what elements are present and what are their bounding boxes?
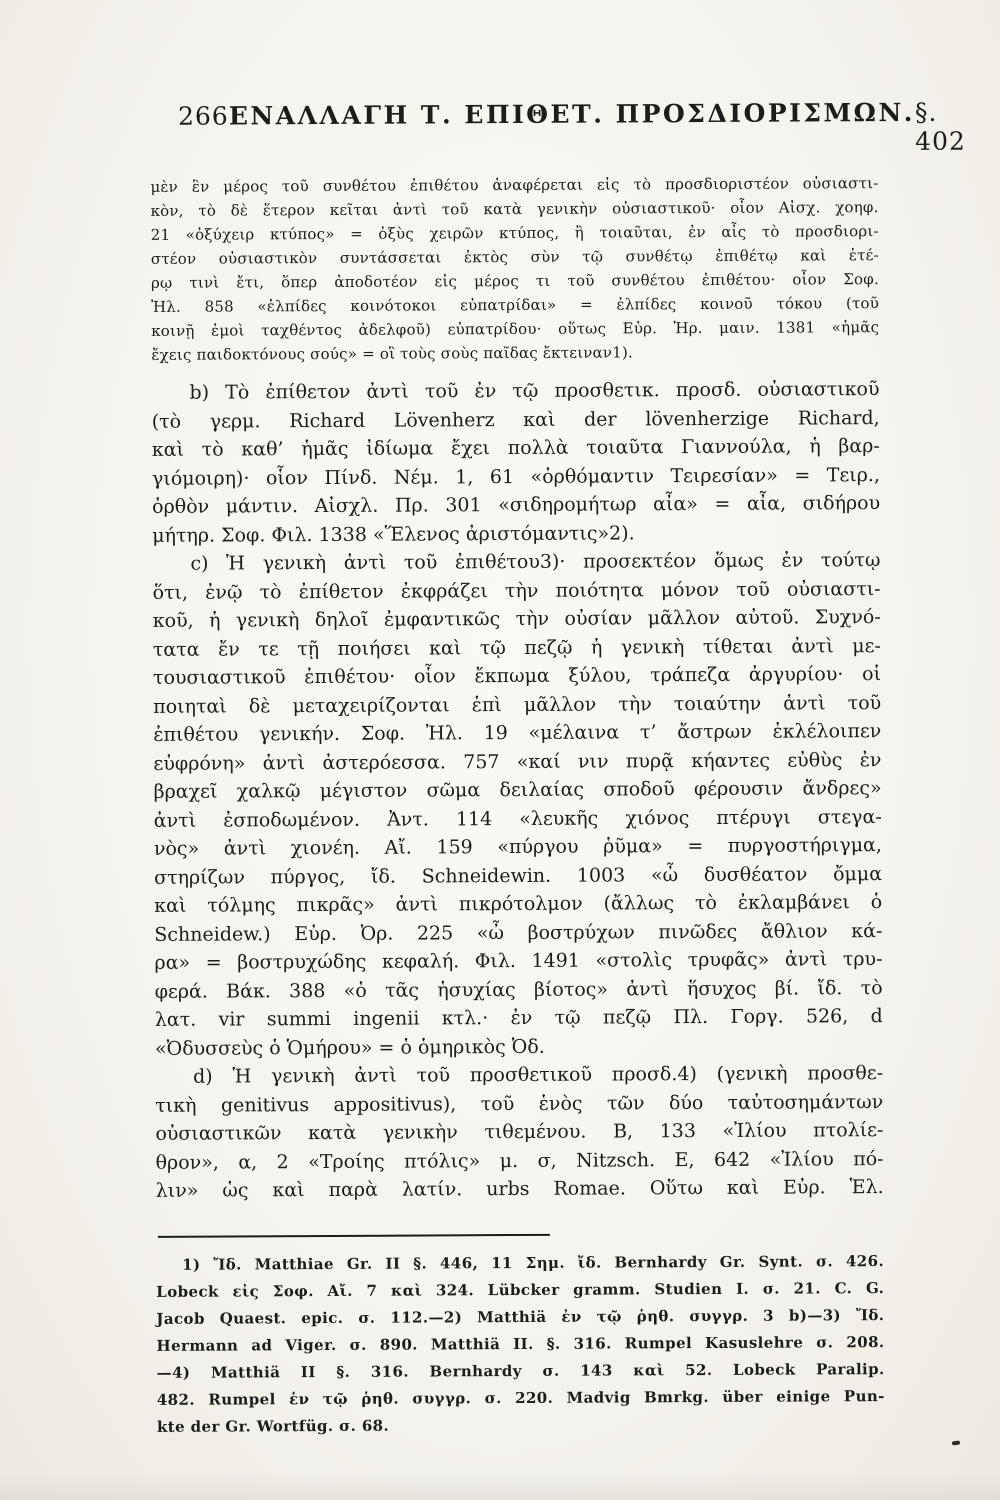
section-c-text-line: εὐφρόνη» ἀντὶ ἀστερόεσσα. 757 «καί νιν π… bbox=[153, 746, 881, 778]
running-title: ΕΝΑΛΛΑΓΗ Τ. ΕΠΙΘΕΤ. ΠΡΟΣΔΙΟΡΙΣΜΩΝ. bbox=[229, 98, 915, 131]
section-d-text-line: d) Ἡ γενικὴ ἀντὶ τοῦ προσθετικοῦ προσδ.4… bbox=[155, 1059, 883, 1091]
footnote-text-line: 482. Rumpel ἐν τῷ ῥηθ. συγγρ. σ. 220. Ma… bbox=[157, 1383, 885, 1414]
scan-bottom-shading bbox=[0, 1472, 1000, 1500]
section-c-text-line: βραχεῖ χαλκῷ μέγιστον σῶμα δειλαίας σποδ… bbox=[154, 774, 882, 806]
intro-text-line: ἔχεις παιδοκτόνους σούς» = οἳ τοὺς σοὺς … bbox=[151, 339, 879, 367]
intro-continuation-paragraph: μὲν ἓν μέρος τοῦ συνθέτου ἐπιθέτου ἀναφέ… bbox=[150, 171, 879, 367]
section-c-text-line: στηρίζων πύργος, ἴδ. Schneidewin. 1003 «… bbox=[154, 860, 882, 892]
page-header: 266 ΕΝΑΛΛΑΓΗ Τ. ΕΠΙΘΕΤ. ΠΡΟΣΔΙΟΡΙΣΜΩΝ. §… bbox=[150, 98, 878, 160]
book-page: 266 ΕΝΑΛΛΑΓΗ Τ. ΕΠΙΘΕΤ. ΠΡΟΣΔΙΟΡΙΣΜΩΝ. §… bbox=[150, 98, 885, 1440]
section-b-text-line: ὀρθὸν μάντιν. Αἰσχλ. Πρ. 301 «σιδηρομήτω… bbox=[152, 489, 880, 521]
footnote-text-line: Jacob Quaest. epic. σ. 112.—2) Matthiä ἐ… bbox=[156, 1302, 884, 1333]
section-b-text-line: (τὸ γερμ. Richard Lövenherz καὶ der löve… bbox=[152, 404, 880, 436]
section-b-text-line: γιόμοιρη)· οἷον Πίνδ. Νέμ. 1, 61 «ὀρθόμα… bbox=[152, 461, 880, 493]
section-d-text-line: λιν» ὡς καὶ παρὰ λατίν. urbs Romae. Οὕτω… bbox=[156, 1173, 884, 1205]
section-b-paragraph: b) Τὸ ἐπίθετον ἀντὶ τοῦ ἐν τῷ προσθετικ.… bbox=[151, 375, 880, 550]
section-c-text-line: ὅτι, ἐνῷ τὸ ἐπίθετον ἐκφράζει τὴν ποιότη… bbox=[152, 575, 880, 607]
footnotes-block: 1) Ἴδ. Matthiae Gr. II §. 446, 11 Σημ. ἴ… bbox=[156, 1248, 885, 1441]
section-b-text-line: καὶ τὸ καθ’ ἡμᾶς ἰδίωμα ἔχει πολλὰ τοιαῦ… bbox=[152, 432, 880, 464]
main-text: b) Τὸ ἐπίθετον ἀντὶ τοῦ ἐν τῷ προσθετικ.… bbox=[151, 375, 883, 1205]
section-c-text-line: νὸς» ἀντὶ χιονέη. Αἴ. 159 «πύργου ῥῦμα» … bbox=[154, 831, 882, 863]
footnote-text-line: 1) Ἴδ. Matthiae Gr. II §. 446, 11 Σημ. ἴ… bbox=[156, 1248, 884, 1279]
footnote-text-line: —4) Matthiä II §. 316. Bernhardy σ. 143 … bbox=[157, 1356, 885, 1387]
footnote-separator-rule bbox=[158, 1233, 550, 1237]
section-c-text-line: ἀντὶ ἐσποδωμένον. Ἀντ. 114 «λευκῆς χιόνο… bbox=[154, 803, 882, 835]
section-c-text-line: ρα» = βοστρυχώδης κεφαλή. Φιλ. 1491 «στο… bbox=[154, 945, 882, 977]
section-c-text-line: Schneidew.) Εὐρ. Ὀρ. 225 «ὦ βοστρύχων πι… bbox=[154, 917, 882, 949]
section-c-text-line: καὶ τόλμης πικρᾶς» ἀντὶ πικρότολμον (ἄλλ… bbox=[154, 888, 882, 920]
scan-artifact-dot bbox=[952, 1440, 960, 1445]
intro-text-line: κοινῇ ἐμοὶ ταχθέντος ἀδελφοῦ) εὐπατρίδου… bbox=[151, 315, 879, 343]
section-c-text-line: «Ὀδυσσεὺς ὁ Ὁμήρου» = ὁ ὁμηρικὸς Ὀδ. bbox=[155, 1031, 883, 1063]
section-d-paragraph: d) Ἡ γενικὴ ἀντὶ τοῦ προσθετικοῦ προσδ.4… bbox=[155, 1059, 884, 1205]
page-number: 266 bbox=[150, 101, 229, 130]
section-c-text-line: ποιηταὶ δὲ μεταχειρίζονται ἐπὶ μᾶλλον τὴ… bbox=[153, 689, 881, 721]
section-c-paragraph: c) Ἡ γενικὴ ἀντὶ τοῦ ἐπιθέτου3)· προσεκτ… bbox=[152, 546, 883, 1063]
footnote-text-line: kte der Gr. Wortfüg. σ. 68. bbox=[157, 1410, 885, 1441]
section-c-text-line: λατ. vir summi ingenii κτλ.· ἐν τῷ πεζῷ … bbox=[155, 1002, 883, 1034]
section-c-text-line: c) Ἡ γενικὴ ἀντὶ τοῦ ἐπιθέτου3)· προσεκτ… bbox=[152, 546, 880, 578]
section-reference: §. 402 bbox=[915, 98, 966, 156]
footnote-text-line: Hermann ad Viger. σ. 890. Matthiä II. §.… bbox=[156, 1329, 884, 1360]
section-b-text-line: μήτηρ. Σοφ. Φιλ. 1338 «Ἕλενος ἀριστόμαντ… bbox=[152, 518, 880, 550]
section-b-text-line: b) Τὸ ἐπίθετον ἀντὶ τοῦ ἐν τῷ προσθετικ.… bbox=[151, 375, 879, 407]
section-c-text-line: κοῦ, ἡ γενικὴ δηλοῖ ἐμφαντικῶς τὴν οὐσία… bbox=[153, 603, 881, 635]
footnote-text-line: Lobeck εἰς Σοφ. Αἴ. 7 καὶ 324. Lübcker g… bbox=[156, 1275, 884, 1306]
section-c-text-line: τουσιαστικοῦ ἐπιθέτου· οἷον ἔκπωμα ξύλου… bbox=[153, 660, 881, 692]
section-d-text-line: θρον», α, 2 «Τροίης πτόλις» μ. σ, Nitzsc… bbox=[155, 1145, 883, 1177]
section-c-text-line: ἐπιθέτου γενικήν. Σοφ. Ἠλ. 19 «μέλαινα τ… bbox=[153, 717, 881, 749]
section-c-text-line: τατα ἔν τε τῇ ποιήσει καὶ τῷ πεζῷ ἡ γενι… bbox=[153, 632, 881, 664]
section-d-text-line: οὐσιαστικῶν κατὰ γενικὴν τιθεμένου. Β, 1… bbox=[155, 1116, 883, 1148]
section-d-text-line: τικὴ genitivus appositivus), τοῦ ἑνὸς τῶ… bbox=[155, 1088, 883, 1120]
section-c-text-line: φερά. Βάκ. 388 «ὁ τᾶς ἡσυχίας βίοτος» ἀν… bbox=[155, 974, 883, 1006]
